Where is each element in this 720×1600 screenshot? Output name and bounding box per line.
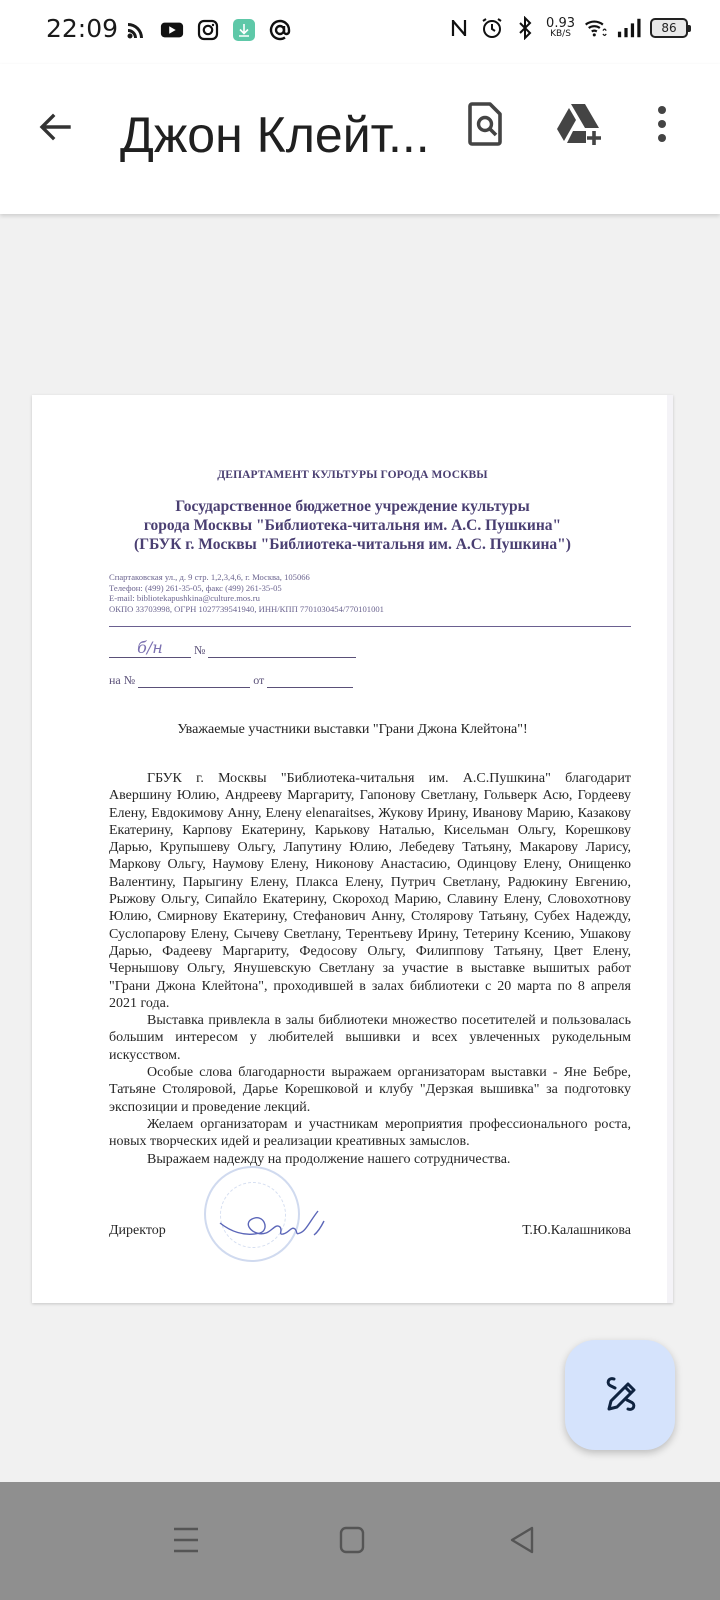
signal-icon [617, 16, 641, 40]
rss-feed-icon [124, 18, 148, 42]
organization-requisites: Спартаковская ул., д. 9 стр. 1,2,3,4,6, … [109, 572, 384, 614]
organization-heading: Государственное бюджетное учреждение кул… [32, 497, 673, 554]
document-title: Джон Клейт... [120, 106, 430, 164]
back-nav-button[interactable] [498, 1518, 546, 1566]
more-options-icon [656, 104, 668, 149]
paragraph: Особые слова благодарности выражаем орга… [109, 1064, 631, 1116]
paragraph: Выражаем надежду на продолжение нашего с… [109, 1151, 631, 1168]
department-heading: ДЕПАРТАМЕНТ КУЛЬТУРЫ ГОРОДА МОСКВЫ [32, 469, 673, 481]
instagram-icon [196, 18, 220, 42]
find-in-document-button[interactable] [458, 98, 514, 154]
signer-name: Т.Ю.Калашникова [522, 1223, 631, 1239]
status-time: 22:09 [46, 14, 118, 43]
arrow-back-icon [37, 109, 73, 150]
edit-annotate-icon [600, 1373, 640, 1418]
screen: 22:09 [0, 0, 720, 1600]
signer-title: Директор [109, 1223, 166, 1239]
battery-indicator: 86 [650, 18, 688, 38]
more-options-button[interactable] [634, 98, 690, 154]
find-in-document-icon [468, 102, 504, 151]
document-page[interactable]: ДЕПАРТАМЕНТ КУЛЬТУРЫ ГОРОДА МОСКВЫ Госуд… [32, 395, 673, 1303]
paragraph: Выставка привлекла в залы библиотеки мно… [109, 1012, 631, 1064]
header-divider [109, 626, 631, 627]
add-to-drive-icon [556, 102, 604, 151]
system-navigation-bar [0, 1482, 720, 1600]
annotate-fab[interactable] [565, 1340, 675, 1450]
signature-row: Директор Т.Ю.Калашникова [109, 1223, 631, 1239]
back-button[interactable] [30, 104, 80, 154]
letter-body: ГБУК г. Москвы "Библиотека-читальня им. … [109, 770, 631, 1168]
home-button[interactable] [328, 1518, 376, 1566]
paragraph: ГБУК г. Москвы "Библиотека-читальня им. … [109, 770, 631, 1012]
wifi-icon [584, 16, 608, 40]
at-sign-icon [268, 18, 292, 42]
nfc-icon [447, 16, 471, 40]
home-icon [338, 1526, 366, 1559]
status-bar: 22:09 [0, 0, 720, 64]
registration-line: б/н № [109, 638, 356, 658]
download-icon [232, 18, 256, 42]
youtube-icon [160, 18, 184, 42]
bluetooth-icon [513, 16, 537, 40]
alarm-icon [480, 16, 504, 40]
notification-icons [124, 18, 292, 42]
back-triangle-icon [508, 1525, 536, 1560]
salutation: Уважаемые участники выставки "Грани Джон… [32, 722, 673, 738]
handwritten-date: б/н [137, 638, 163, 657]
paragraph: Желаем организаторам и участникам меропр… [109, 1116, 631, 1151]
app-bar: Джон Клейт... [0, 64, 720, 214]
recents-button[interactable] [162, 1518, 210, 1566]
reply-reference-line: на № от [109, 673, 353, 688]
network-speed: 0.93 KB/S [546, 17, 575, 39]
add-to-drive-button[interactable] [552, 98, 608, 154]
system-icons: 0.93 KB/S 86 [447, 16, 688, 40]
recents-menu-icon [172, 1526, 200, 1559]
